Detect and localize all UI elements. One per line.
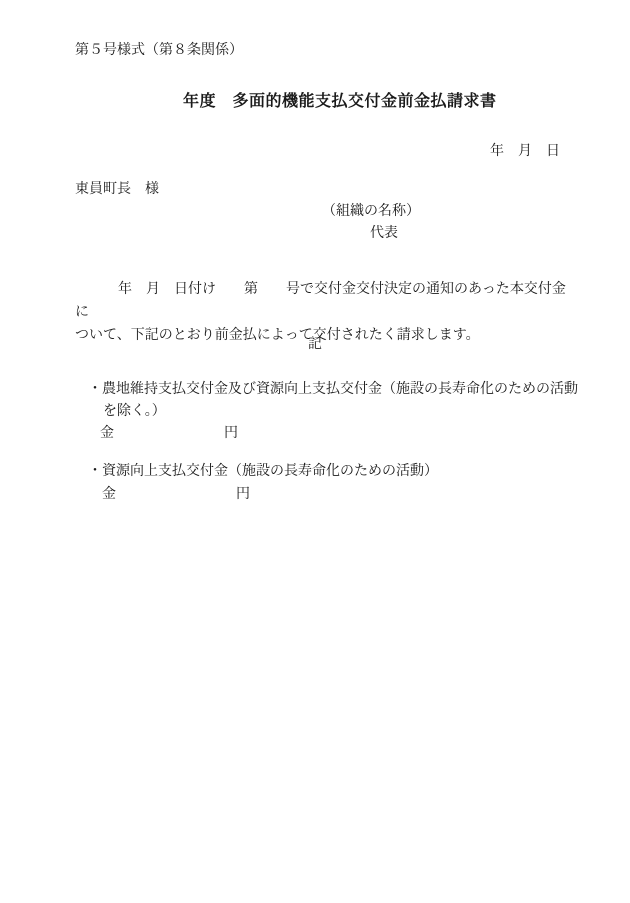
item-1-amount-unit: 円 [224, 426, 238, 441]
item-2-amount-line: 金円 [102, 483, 250, 503]
document-page: 第５号様式（第８条関係） 年度 多面的機能支払交付金前金払請求書 年 月 日 東… [0, 0, 630, 903]
item-2-amount-prefix: 金 [102, 487, 116, 502]
body-line-1: 年 月 日付け 第 号で交付金交付決定の通知のあった本交付金に [75, 282, 566, 320]
organization-name-label: （組織の名称） [322, 200, 420, 220]
form-number: 第５号様式（第８条関係） [75, 39, 243, 59]
date-blank-line: 年 月 日 [490, 140, 560, 160]
item-1-label-line-1: ・農地維持支払交付金及び資源向上支払交付金（施設の長寿命化のための活動 [88, 378, 578, 398]
item-1-label-line-2: を除く。） [103, 400, 166, 420]
representative-label: 代表 [370, 222, 398, 242]
document-title: 年度 多面的機能支払交付金前金払請求書 [183, 88, 497, 111]
addressee: 東員町長 様 [75, 178, 159, 198]
section-marker-ki: 記 [0, 333, 630, 353]
item-2-label-line-1: ・資源向上支払交付金（施設の長寿命化のための活動） [88, 460, 438, 480]
item-2-amount-unit: 円 [236, 487, 250, 502]
item-1-amount-line: 金円 [100, 422, 238, 442]
item-1-amount-prefix: 金 [100, 426, 114, 441]
